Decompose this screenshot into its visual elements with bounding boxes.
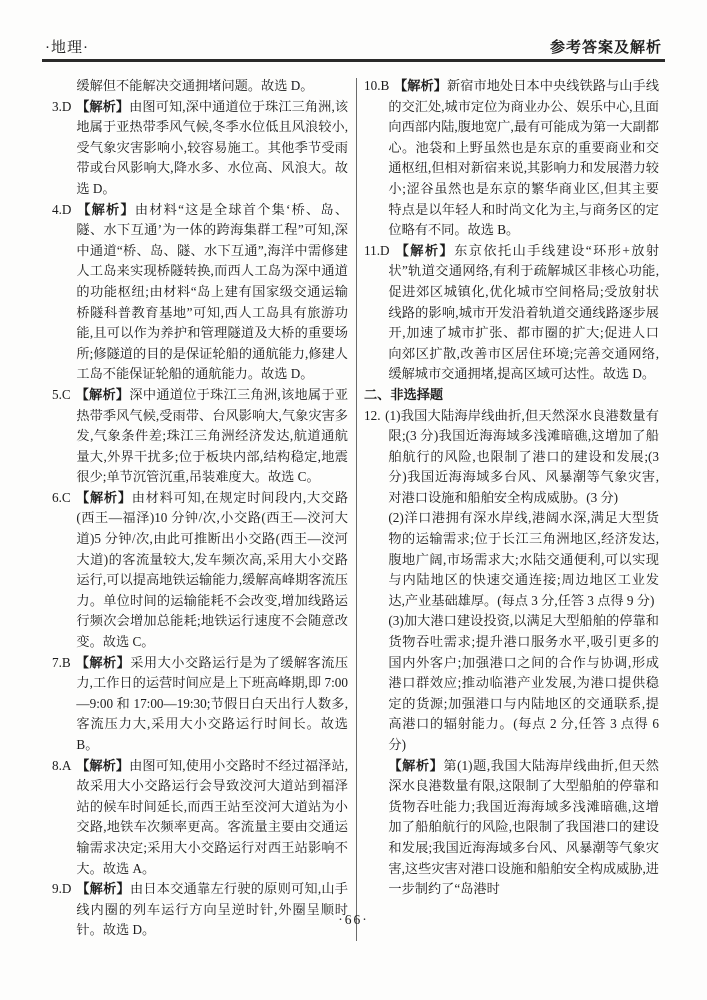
answer-9: 9.D【解析】由日本交通靠左行驶的原则可知,山手线内圈的列车运行方向呈逆时针,外… bbox=[52, 879, 348, 941]
header-double-rule bbox=[42, 59, 665, 62]
section-heading-non-choice: 二、非选择题 bbox=[364, 385, 659, 406]
question-number: 4.D bbox=[52, 202, 71, 217]
question-number: 3.D bbox=[52, 99, 71, 114]
answer-5: 5.C【解析】深中通道位于珠江三角洲,该地属于亚热带季风气候,受雨带、台风影响大… bbox=[52, 385, 348, 488]
two-column-body: 缓解但不能解决交通拥堵问题。故选 D。3.D【解析】由图可知,深中通道位于珠江三… bbox=[52, 76, 659, 941]
answer-4: 4.D【解析】由材料“这是全球首个集‘桥、岛、隧、水下互通’为一体的跨海集群工程… bbox=[52, 200, 348, 385]
answer-3: 3.D【解析】由图可知,深中通道位于珠江三角洲,该地属于亚热带季风气候,冬季水位… bbox=[52, 97, 348, 200]
column-divider-line bbox=[356, 78, 357, 941]
question-number: 10.B bbox=[364, 78, 389, 93]
header-subject-label: ·地理· bbox=[45, 36, 89, 57]
question-number: 11.D bbox=[364, 243, 390, 258]
right-column: 10.B【解析】新宿市地处日本中央线铁路与山手线的交汇处,城市定位为商业办公、娱… bbox=[364, 76, 659, 941]
answer-11: 11.D【解析】东京依托山手线建设“环形+放射状”轨道交通网络,有利于疏解城区非… bbox=[364, 241, 659, 385]
answer-6: 6.C【解析】由材料可知,在规定时间段内,大交路(西王—福泽)10 分钟/次,小… bbox=[52, 488, 348, 653]
answer-12-part-1: 12.(1)我国大陆海岸线曲折,但天然深水良港数量有限;(3 分)我国近海海域多… bbox=[364, 406, 659, 509]
question-number: 12. bbox=[364, 408, 380, 423]
answer-2-continuation: 缓解但不能解决交通拥堵问题。故选 D。 bbox=[52, 76, 348, 97]
analysis-label: 【解析】 bbox=[394, 78, 447, 93]
left-column: 缓解但不能解决交通拥堵问题。故选 D。3.D【解析】由图可知,深中通道位于珠江三… bbox=[52, 76, 348, 941]
answer-7: 7.B【解析】采用大小交路运行是为了缓解客流压力,工作日的运营时间应是上下班高峰… bbox=[52, 653, 348, 756]
page-header: ·地理· 参考答案及解析 bbox=[45, 36, 662, 57]
analysis-label: 【解析】 bbox=[76, 881, 130, 896]
analysis-label: 【解析】 bbox=[75, 387, 129, 402]
analysis-label: 【解析】 bbox=[76, 99, 129, 114]
answer-10: 10.B【解析】新宿市地处日本中央线铁路与山手线的交汇处,城市定位为商业办公、娱… bbox=[364, 76, 659, 241]
header-section-title: 参考答案及解析 bbox=[550, 36, 662, 57]
question-number: 8.A bbox=[52, 758, 71, 773]
answer-12-part-2: (2)洋口港拥有深水岸线,港阔水深,满足大型货物的运输需求;位于长江三角洲地区,… bbox=[364, 508, 659, 611]
analysis-label: 【解析】 bbox=[394, 243, 454, 258]
answer-12-analysis: 【解析】第(1)题,我国大陆海岸线曲折,但天然深水良港数量有限,这限制了大型船舶… bbox=[364, 756, 659, 900]
analysis-label: 【解析】 bbox=[75, 655, 130, 670]
analysis-label: 【解析】 bbox=[76, 202, 135, 217]
question-number: 9.D bbox=[52, 881, 71, 896]
answer-12-part-3: (3)加大港口建设投资,以满足大型船舶的停靠和货物吞吐需求;提升港口服务水平,吸… bbox=[364, 611, 659, 755]
analysis-label: 【解析】 bbox=[76, 758, 129, 773]
page-footer: ·66· bbox=[0, 912, 707, 928]
answer-book-page: ·地理· 参考答案及解析 缓解但不能解决交通拥堵问题。故选 D。3.D【解析】由… bbox=[0, 0, 707, 1000]
page-number: ·66· bbox=[338, 912, 369, 927]
question-number: 5.C bbox=[52, 387, 71, 402]
analysis-label: 【解析】 bbox=[388, 758, 443, 773]
answer-8: 8.A【解析】由图可知,使用小交路时不经过福泽站,故采用大小交路运行会导致洨河大… bbox=[52, 756, 348, 880]
analysis-label: 【解析】 bbox=[75, 490, 131, 505]
question-number: 6.C bbox=[52, 490, 71, 505]
question-number: 7.B bbox=[52, 655, 71, 670]
